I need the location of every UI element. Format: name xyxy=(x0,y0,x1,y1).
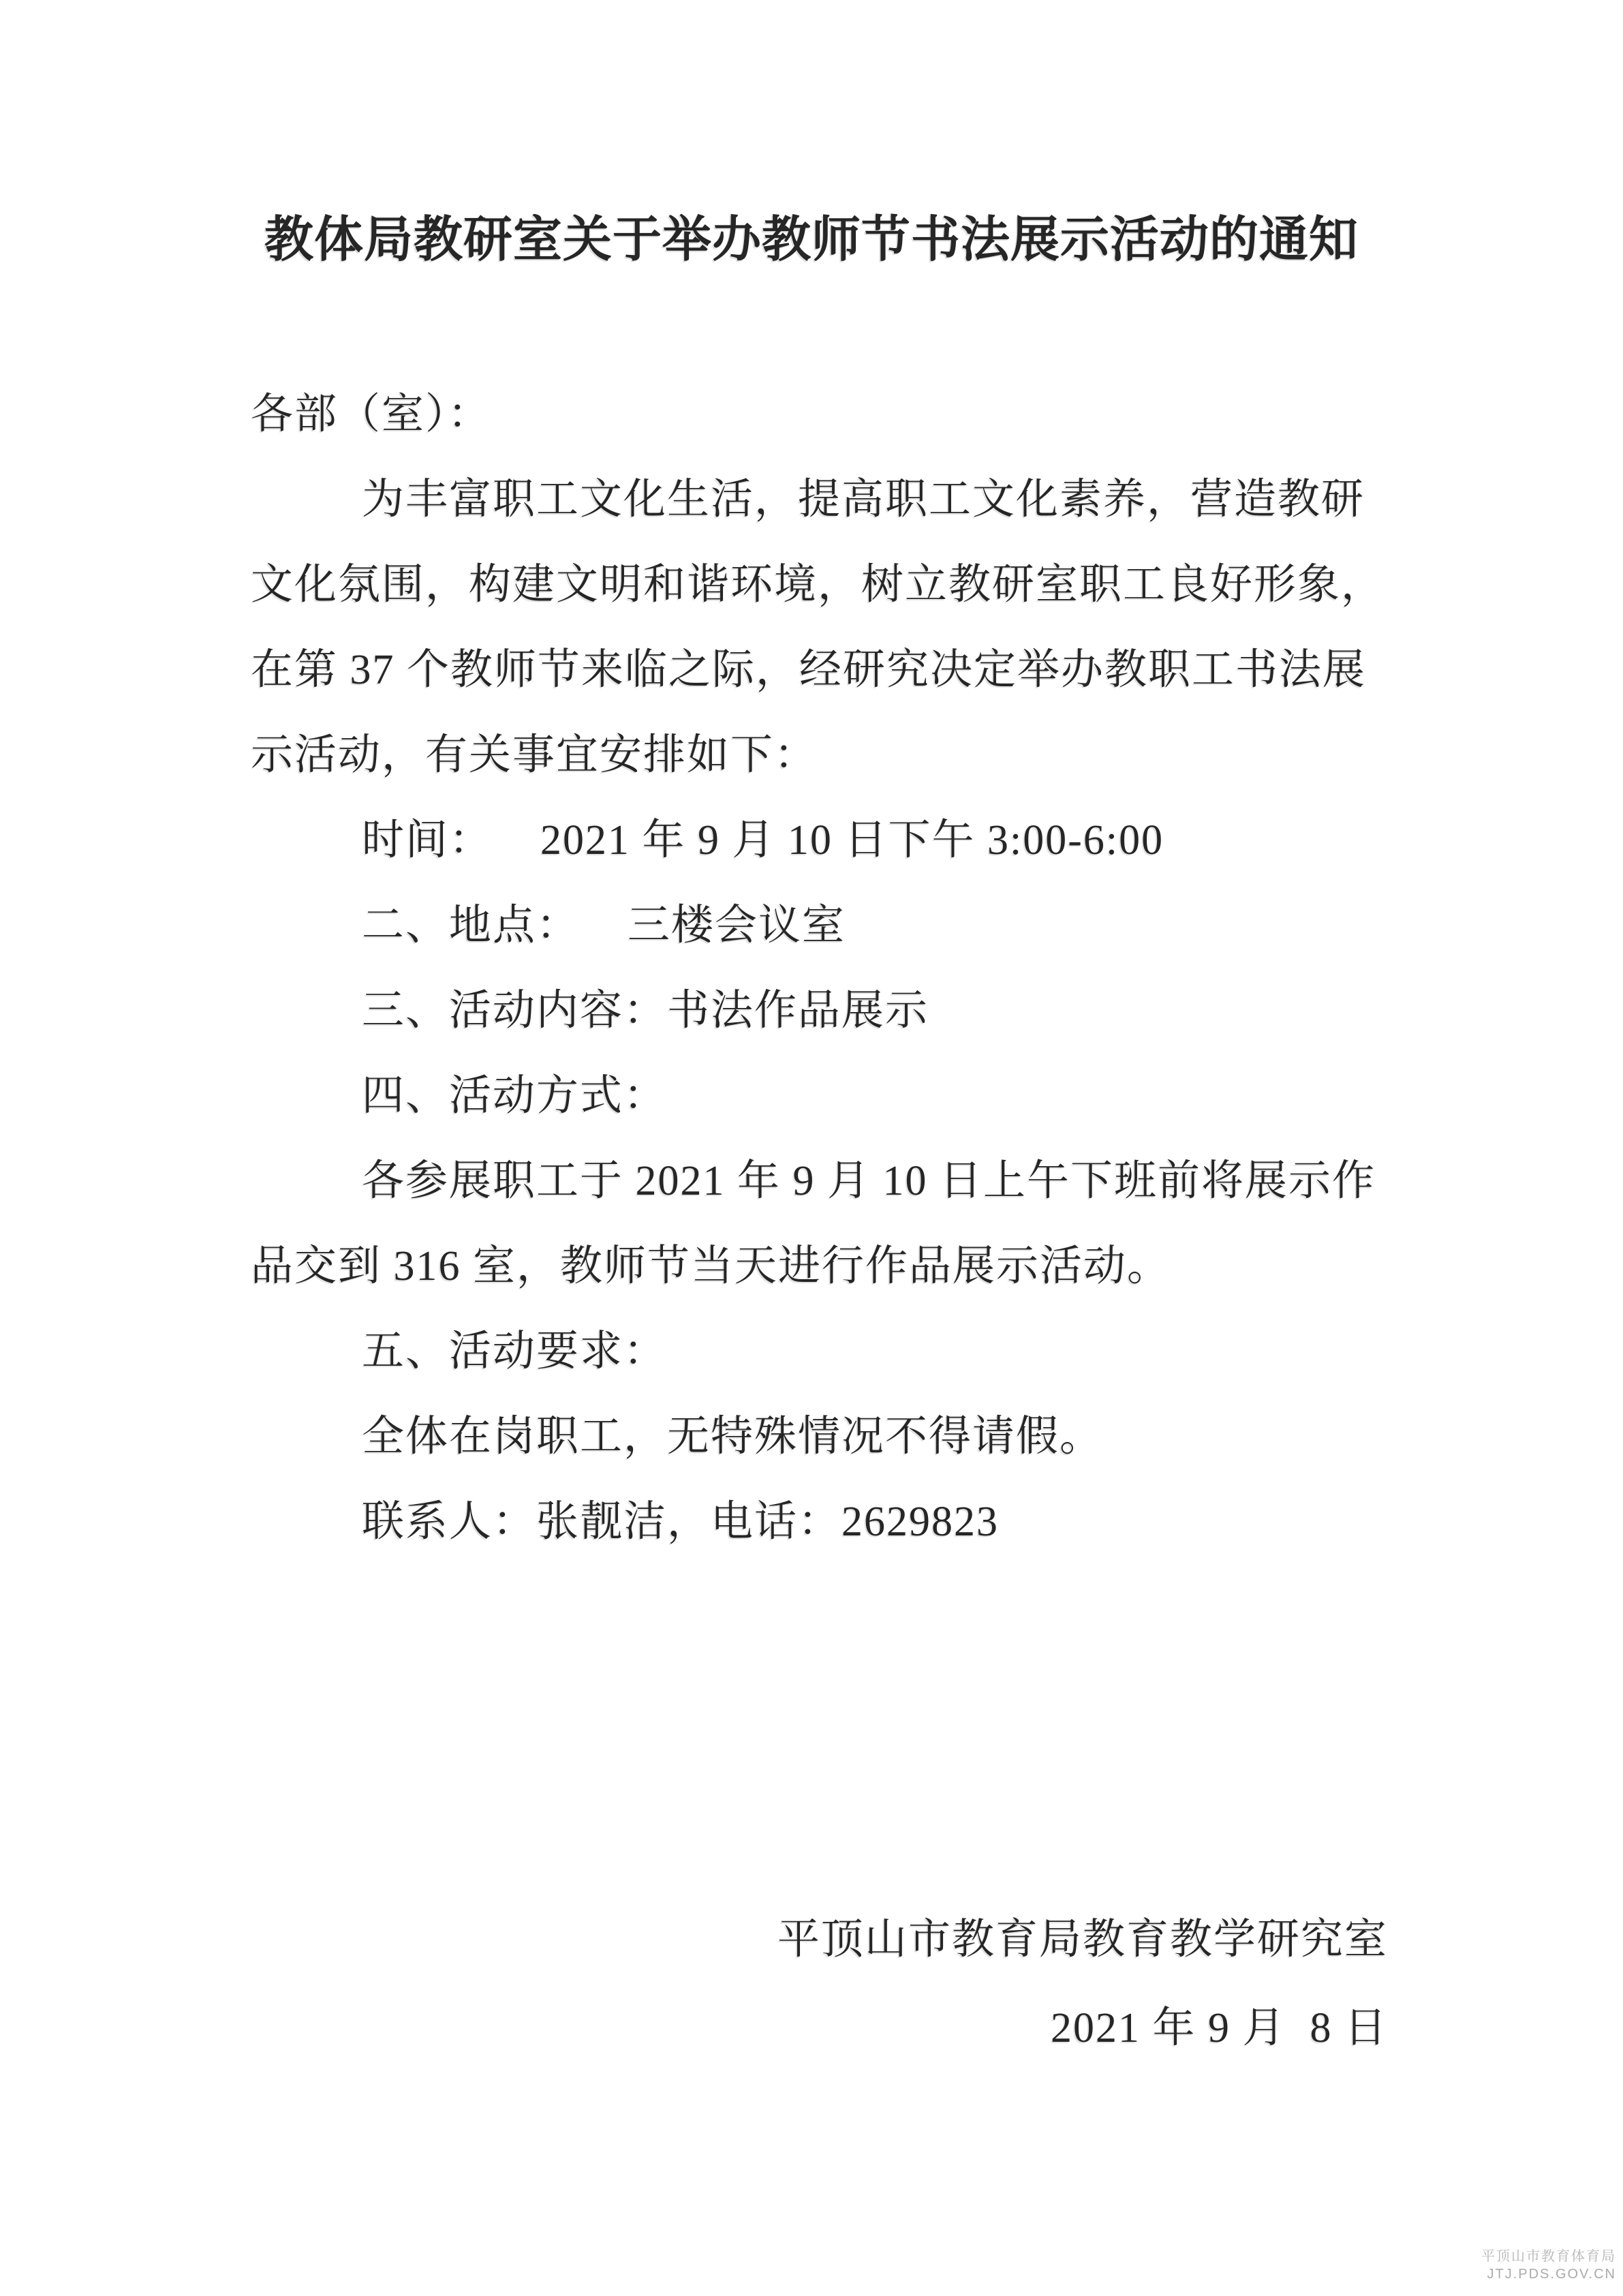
paragraph-intro-line-3: 在第 37 个教师节来临之际，经研究决定举办教职工书法展 xyxy=(251,628,1382,713)
document-body: 各部（室）： 为丰富职工文化生活，提高职工文化素养，营造教研 文化氛围，构建文明… xyxy=(251,372,1382,1565)
item-method-line-1: 各参展职工于 2021 年 9 月 10 日上午下班前将展示作 xyxy=(251,1139,1382,1224)
document-title: 教体局教研室关于举办教师节书法展示活动的通知 xyxy=(0,206,1623,274)
item-location-line: 二、地点： 三楼会议室 xyxy=(251,883,1382,968)
contact-line: 联系人：张靓洁，电话：2629823 xyxy=(251,1480,1382,1565)
paragraph-intro-line-4: 示活动，有关事宜安排如下： xyxy=(251,713,1382,798)
watermark: 平顶山市教育体育局 JTJ.PDS.GOV.CN xyxy=(1481,2248,1616,2283)
item-method-heading-line: 四、活动方式： xyxy=(251,1054,1382,1139)
signature-block: 平顶山市教育局教育教学研究室 2021 年 9 月 8 日 xyxy=(777,1895,1388,2072)
item-requirement-line: 全体在岗职工，无特殊情况不得请假。 xyxy=(251,1394,1382,1480)
watermark-org-text: 平顶山市教育体育局 xyxy=(1481,2248,1616,2266)
item-time-line: 时间： 2021 年 9 月 10 日下午 3:00-6:00 xyxy=(251,798,1382,883)
salutation-line: 各部（室）： xyxy=(251,372,1382,457)
signature-date: 2021 年 9 月 8 日 xyxy=(777,1984,1388,2072)
item-requirement-heading-line: 五、活动要求： xyxy=(251,1309,1382,1394)
paragraph-intro-line-1: 为丰富职工文化生活，提高职工文化素养，营造教研 xyxy=(251,457,1382,542)
item-method-line-2: 品交到 316 室，教师节当天进行作品展示活动。 xyxy=(251,1224,1382,1309)
signature-org: 平顶山市教育局教育教学研究室 xyxy=(777,1895,1388,1984)
paragraph-intro-line-2: 文化氛围，构建文明和谐环境，树立教研室职工良好形象， xyxy=(251,542,1382,628)
notice-document-page: 教体局教研室关于举办教师节书法展示活动的通知 各部（室）： 为丰富职工文化生活，… xyxy=(0,0,1623,2296)
watermark-url-text: JTJ.PDS.GOV.CN xyxy=(1481,2266,1616,2283)
item-content-line: 三、活动内容：书法作品展示 xyxy=(251,968,1382,1054)
